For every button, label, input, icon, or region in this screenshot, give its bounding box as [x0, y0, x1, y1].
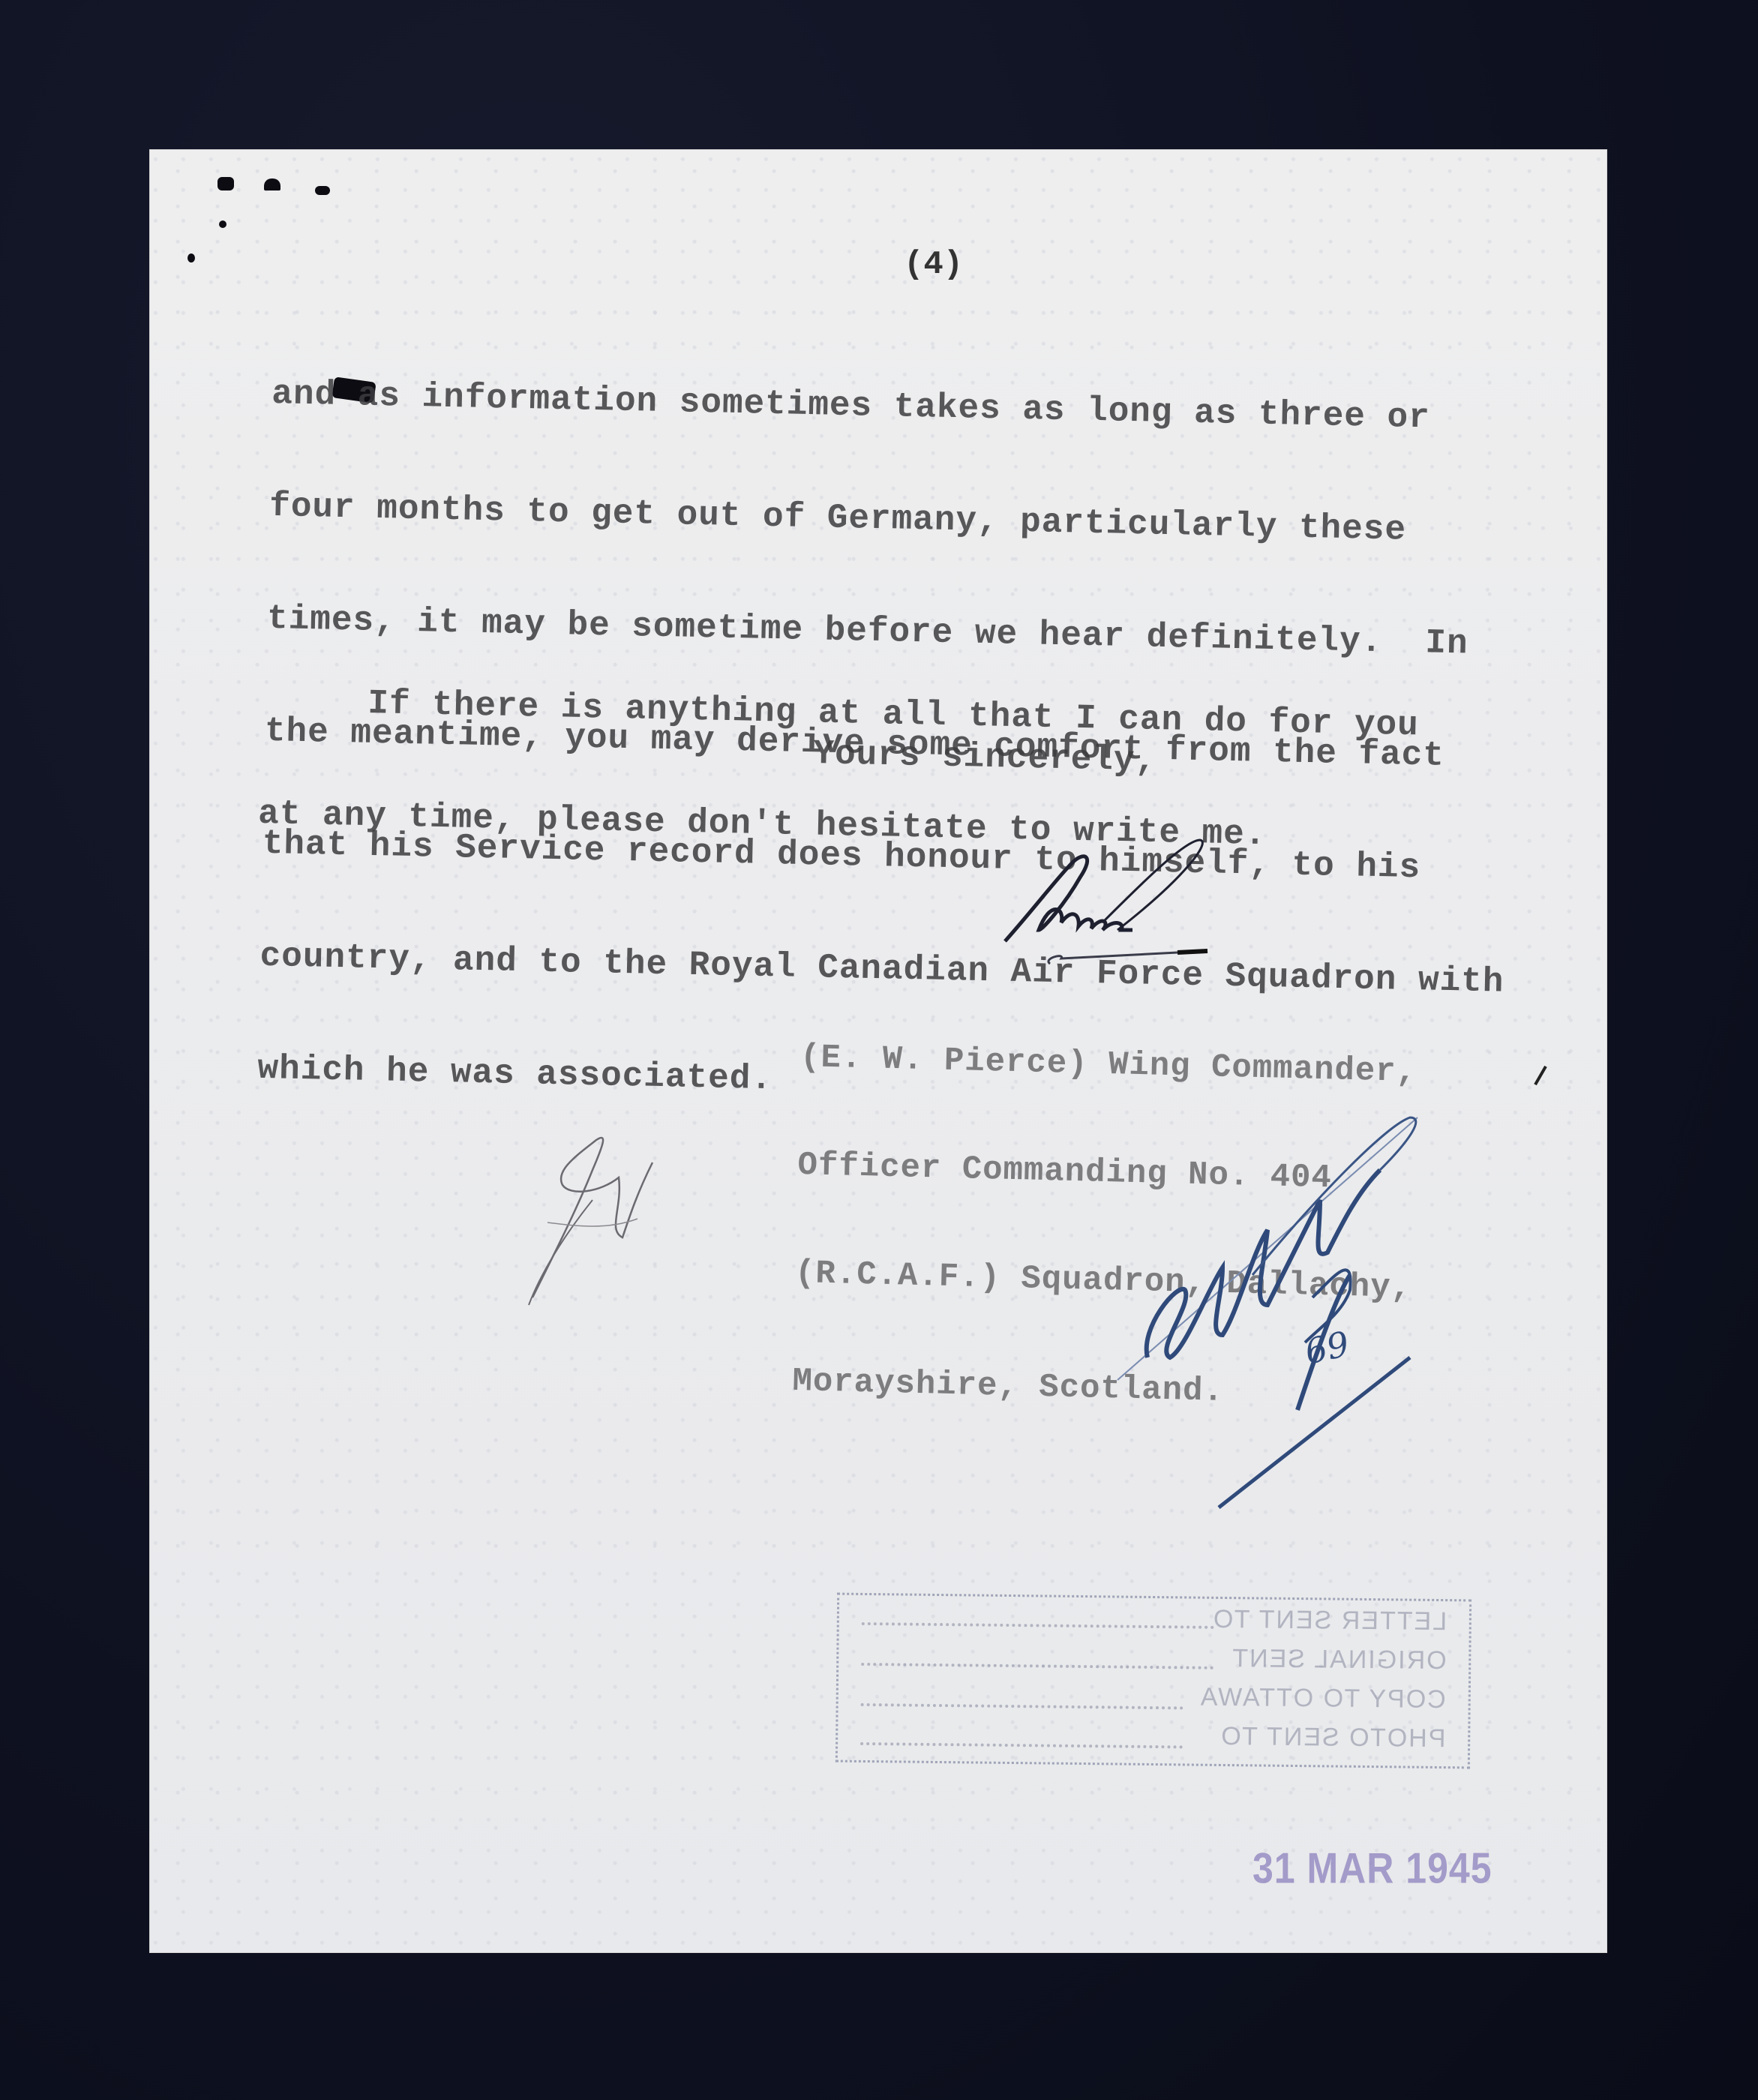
stamp-dotted-line: [860, 1742, 1183, 1749]
page-number: (4): [904, 246, 963, 283]
pierce-signature: [990, 832, 1245, 967]
pencil-initials: [510, 1125, 660, 1312]
punch-hole: [219, 220, 226, 228]
signatory-name-title: (E. W. Pierce) Wing Commander,: [799, 1039, 1417, 1090]
text-line: four months to get out of Germany, parti…: [269, 487, 1514, 551]
stamp-line: ORIGINAL SENT: [1231, 1644, 1447, 1675]
punch-hole: [315, 186, 330, 195]
stamp-dotted-line: [862, 1622, 1214, 1629]
punch-hole: [217, 177, 234, 190]
stamp-dotted-line: [861, 1663, 1213, 1669]
stamp-dotted-line: [861, 1703, 1183, 1710]
closing: Yours sincerely,: [813, 735, 1157, 780]
mirrored-stamp: LETTER SENT TO ORIGINAL SENT COPY TO OTT…: [835, 1593, 1471, 1769]
stamp-line: COPY TO OTTAWA: [1199, 1683, 1446, 1714]
punch-hole: [264, 178, 280, 190]
date-stamp: 31 MAR 1945: [1252, 1843, 1492, 1894]
text-line: and as information sometimes takes as lo…: [271, 375, 1516, 439]
punch-hole: [187, 253, 195, 262]
blue-ink-signature: [1095, 1102, 1432, 1522]
stamp-line: LETTER SENT TO: [1211, 1605, 1447, 1636]
stamp-line: PHOTO SENT TO: [1219, 1722, 1446, 1753]
